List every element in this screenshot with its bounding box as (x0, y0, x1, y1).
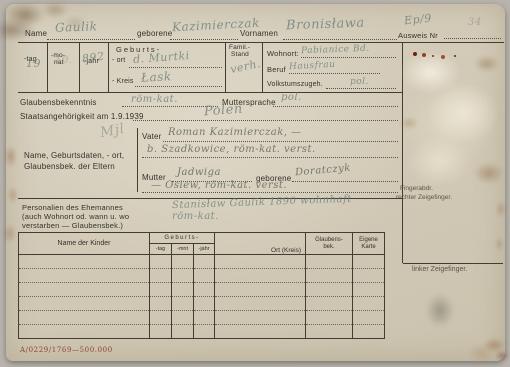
mutter-line-2 (142, 192, 398, 193)
ausweis-nr-value2-handwriting: 34 (468, 17, 482, 28)
kinder-row (19, 311, 385, 325)
staatsangehoerigkeit-label: Staatsangehörigkeit am 1.9.1939 (20, 112, 144, 121)
col-line-stand-left (225, 43, 226, 92)
col-line-3 (108, 43, 109, 92)
mutter-geborene-line (292, 181, 398, 182)
staatsangehoerigkeit-value-handwriting: Polen (204, 102, 244, 120)
volkstum-line (326, 88, 396, 89)
geborene-line (170, 39, 238, 40)
muttersprache-value-handwriting: pol. (281, 92, 302, 103)
glaubensbekenntnis-label: Glaubensbekenntnis (20, 98, 97, 107)
kinder-eigene-karte-header: Eigene Karte (353, 233, 385, 255)
fingerprint-divider-line (403, 263, 503, 264)
eltern-bracket-line (137, 128, 138, 192)
geburts-monat-value-handwriting: 10. (55, 55, 72, 66)
geburts-kreis-line (135, 86, 222, 87)
geburts-ort-label: - ort (112, 57, 125, 64)
ehemann-label-3: verstarben — Glaubensbek.) (22, 221, 123, 230)
eltern-label-2: Glaubensbek. der Eltern (24, 162, 115, 171)
familienstand-label-1: Famil.- (229, 44, 250, 51)
kinder-row (19, 283, 385, 297)
rule-top (18, 42, 504, 43)
ehemann-value2-handwriting: röm-kat. (172, 211, 219, 222)
kinder-glaubensbek-header: Glaubens- bek. (306, 233, 353, 255)
geburts-kreis-value-handwriting: Łask (141, 69, 172, 85)
rule-geburt-bottom (18, 92, 402, 93)
vater-line (163, 141, 398, 142)
kinder-row (19, 255, 385, 269)
kinder-header-row-1: Name der Kinder Geburts- Ort (Kreis) Gla… (19, 233, 385, 244)
kinder-eigene-karte-header-1: Eigene (359, 237, 378, 243)
volkstum-value-handwriting: pol. (350, 77, 369, 87)
kinder-row (19, 325, 385, 339)
col-line-2 (79, 43, 80, 92)
vornamen-value-handwriting: Bronisława (286, 16, 365, 34)
name-label: Name (25, 29, 47, 38)
vornamen-label: Vornamen (240, 29, 278, 38)
kinder-geburts-header: Geburts- (150, 233, 215, 244)
kinder-row (19, 297, 385, 311)
kinder-ort-header: Ort (Kreis) (215, 233, 306, 255)
geburts-kreis-label: - Kreis (112, 78, 134, 85)
ausweis-nr-line (444, 38, 501, 39)
eltern-label-1: Name, Geburtsdaten, - ort, (24, 151, 124, 160)
kinder-glaubensbek-header-1: Glaubens- (315, 237, 343, 243)
vater-value2-handwriting: b. Szadkowice, röm-kat. verst. (147, 144, 316, 155)
col-line-wohnort-left (262, 43, 263, 92)
geborene-label: geborene (137, 29, 172, 38)
right-column-line (402, 43, 403, 263)
mutter-value2-handwriting: — Osiew, röm-kat. verst. (151, 180, 287, 191)
form-code: A/0229/1769—500.000 (20, 346, 113, 354)
beruf-label: Beruf (267, 65, 286, 74)
kinder-row (19, 269, 385, 283)
vater-line-2 (142, 157, 398, 158)
ehemann-label-1: Personalien des Ehemannes (22, 203, 123, 212)
kinder-name-header: Name der Kinder (19, 233, 150, 255)
vornamen-line (283, 39, 397, 40)
kinder-glaubensbek-header-2: bek. (323, 244, 334, 250)
wohnort-label: Wohnort: (267, 49, 299, 58)
beruf-line (289, 73, 380, 74)
familienstand-label-2: Stand (231, 51, 249, 58)
kinder-eigene-karte-header-2: Karte (361, 244, 375, 250)
kinder-table: Name der Kinder Geburts- Ort (Kreis) Gla… (18, 232, 385, 339)
fingerprint-right-label-2: rechter Zeigefinger. (396, 194, 452, 201)
vater-value-handwriting: Roman Kazimierczak, — (168, 127, 302, 138)
geburts-ort-line (129, 67, 222, 68)
muttersprache-line (273, 106, 398, 107)
name-line (47, 39, 135, 40)
kinder-jahr-header: -jahr (194, 244, 215, 255)
staatsangehoerigkeit-line (133, 120, 398, 121)
vater-label: Vater (142, 132, 162, 141)
name-value-handwriting: Gaulik (55, 19, 98, 34)
kinder-monat-header: -mnt (172, 244, 194, 255)
scanned-registration-card: Name Gaulik geborene Kazimierczak Vornam… (0, 0, 510, 367)
wohnort-line (301, 57, 396, 58)
fingerprint-left-label: linker Zeigefinger. (412, 266, 467, 273)
kinder-tag-header: -tag (150, 244, 172, 255)
ehemann-label-2: (auch Wohnort od. wann u. wo (22, 212, 129, 221)
volkstum-label: Volkstumszugeh. (267, 81, 323, 88)
mutter-value-handwriting: Jadwiga (177, 167, 221, 178)
col-line-1 (47, 43, 48, 92)
geburts-tag-value-handwriting: 19 (26, 57, 41, 70)
fingerprint-right-label-1: Fingerabdr. (400, 185, 433, 192)
ausweis-nr-label: Ausweis Nr (398, 31, 438, 40)
glaubensbekenntnis-value-handwriting: röm-kat. (131, 94, 178, 105)
